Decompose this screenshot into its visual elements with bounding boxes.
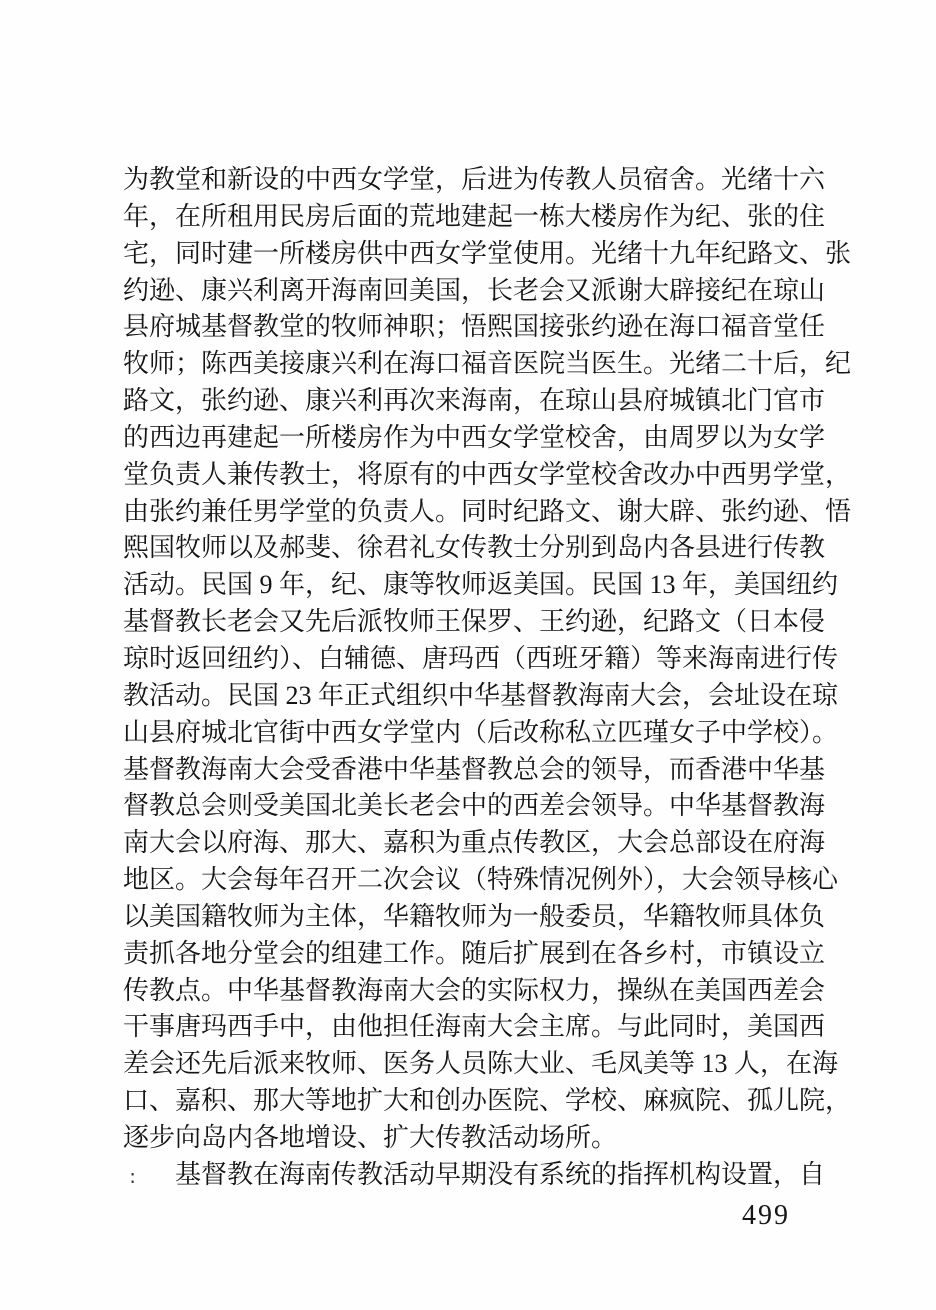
text-line: 督教总会则受美国北美长老会中的西差会领导。中华基督教海 <box>123 788 822 825</box>
text-line: 基督教海南大会受香港中华基督教总会的领导，而香港中华基 <box>123 752 822 789</box>
text-line: 由张约兼任男学堂的负责人。同时纪路文、谢大辟、张约逊、悟 <box>123 494 822 531</box>
text-line: 以美国籍牧师为主体，华籍牧师为一般委员，华籍牧师具体负 <box>123 899 822 936</box>
text-line: 活动。民国 9 年，纪、康等牧师返美国。民国 13 年，美国纽约 <box>123 567 822 604</box>
text-line: 地区。大会每年召开二次会议（特殊情况例外），大会领导核心 <box>123 862 822 899</box>
text-line: 县府城基督教堂的牧师神职；悟熙国接张约逊在海口福音堂任 <box>123 309 822 346</box>
text-line: 山县府城北官街中西女学堂内（后改称私立匹瑾女子中学校）。 <box>123 715 822 752</box>
text-line: 逐步向岛内各地增设、扩大传教活动场所。 <box>123 1120 822 1157</box>
text-line: 琼时返回纽约）、白辅德、唐玛西（西班牙籍）等来海南进行传 <box>123 641 822 678</box>
text-line: 基督教长老会又先后派牧师王保罗、王约逊，纪路文（日本侵 <box>123 604 822 641</box>
text-line: 宅，同时建一所楼房供中西女学堂使用。光绪十九年纪路文、张 <box>123 236 822 273</box>
text-line: 差会还先后派来牧师、医务人员陈大业、毛凤美等 13 人，在海 <box>123 1046 822 1083</box>
text-line: 年，在所租用民房后面的荒地建起一栋大楼房作为纪、张的住 <box>123 199 822 236</box>
text-line: 约逊、康兴利离开海南回美国，长老会又派谢大辟接纪在琼山 <box>123 273 822 310</box>
text-line: 南大会以府海、那大、嘉积为重点传教区，大会总部设在府海 <box>123 825 822 862</box>
paragraph-continued-from-previous-page: 为教堂和新设的中西女学堂，后进为传教人员宿舍。光绪十六年，在所租用民房后面的荒地… <box>123 162 822 1157</box>
body-text: 为教堂和新设的中西女学堂，后进为传教人员宿舍。光绪十六年，在所租用民房后面的荒地… <box>123 162 822 1194</box>
paragraph-new: 基督教在海南传教活动早期没有系统的指挥机构设置，自 <box>123 1157 822 1194</box>
text-line: 堂负责人兼传教士，将原有的中西女学堂校舍改办中西男学堂， <box>123 457 822 494</box>
text-line: 为教堂和新设的中西女学堂，后进为传教人员宿舍。光绪十六 <box>123 162 822 199</box>
text-line: 路文，张约逊、康兴利再次来海南，在琼山县府城镇北门官市 <box>123 383 822 420</box>
text-line: 牧师；陈西美接康兴利在海口福音医院当医生。光绪二十后，纪 <box>123 346 822 383</box>
scan-margin-artifact: ∶ <box>130 1166 135 1191</box>
text-line: 干事唐玛西手中，由他担任海南大会主席。与此同时，美国西 <box>123 1009 822 1046</box>
page-number: 499 <box>742 1200 790 1232</box>
book-page: 为教堂和新设的中西女学堂，后进为传教人员宿舍。光绪十六年，在所租用民房后面的荒地… <box>0 0 936 1310</box>
text-line: 的西边再建起一所楼房作为中西女学堂校舍，由周罗以为女学 <box>123 420 822 457</box>
text-line: 基督教在海南传教活动早期没有系统的指挥机构设置，自 <box>123 1157 822 1194</box>
text-line: 责抓各地分堂会的组建工作。随后扩展到在各乡村，市镇设立 <box>123 936 822 973</box>
text-line: 熙国牧师以及郝斐、徐君礼女传教士分别到岛内各县进行传教 <box>123 530 822 567</box>
text-line: 口、嘉积、那大等地扩大和创办医院、学校、麻疯院、孤儿院， <box>123 1083 822 1120</box>
text-line: 传教点。中华基督教海南大会的实际权力，操纵在美国西差会 <box>123 973 822 1010</box>
text-line: 教活动。民国 23 年正式组织中华基督教海南大会，会址设在琼 <box>123 678 822 715</box>
